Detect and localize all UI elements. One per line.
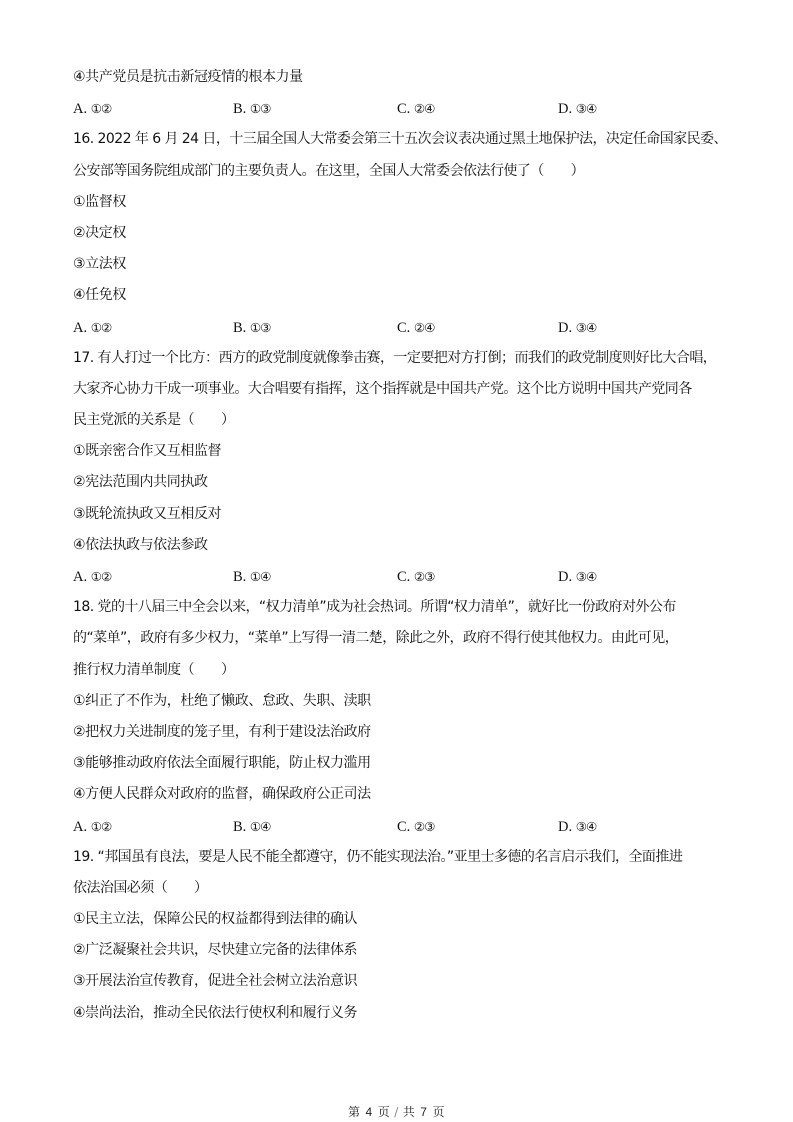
option-value: ①② [91, 569, 111, 584]
statement-4: ④任免权 [73, 280, 733, 311]
question-stem: 16. 2022 年 6 月 24 日，十三届全国人大常委会第三十五次会议表决通… [73, 124, 733, 186]
stem-line: 依法治国必须（ ） [73, 873, 733, 904]
statement-3: ③立法权 [73, 249, 733, 280]
option-value: ①④ [250, 569, 270, 584]
option-d: D. ③④ [558, 312, 596, 344]
option-b: B. ①④ [233, 811, 270, 843]
answer-options: A. ①② B. ①③ C. ②④ D. ③④ [73, 93, 733, 124]
option-b: B. ①③ [233, 93, 270, 125]
option-value: ①③ [250, 101, 270, 116]
option-d: D. ③④ [558, 93, 596, 125]
page-footer: 第4页/共7页 [0, 1103, 793, 1120]
footer-separator: / [394, 1105, 399, 1119]
option-letter: A. [73, 101, 91, 117]
statement-2: ②决定权 [73, 218, 733, 249]
option-value: ③④ [576, 569, 596, 584]
statement-3: ③既轮流执政又互相反对 [73, 499, 733, 530]
option-c: C. ②③ [397, 561, 434, 593]
option-value: ②③ [414, 569, 434, 584]
footer-total-suffix: 页 [432, 1105, 445, 1119]
option-letter: D. [558, 569, 576, 585]
question-stem: 19. “邦国虽有良法，要是人民不能全都遵守，仍不能实现法治。”亚里士多德的名言… [73, 842, 733, 904]
option-a: A. ①② [73, 312, 111, 344]
option-value: ③④ [576, 819, 596, 834]
option-c: C. ②④ [397, 312, 434, 344]
stem-line: 大家齐心协力干成一项事业。大合唱要有指挥，这个指挥就是中国共产党。这个比方说明中… [73, 374, 733, 405]
stem-line: 民主党派的关系是（ ） [73, 405, 733, 436]
option-letter: B. [233, 101, 250, 117]
option-letter: B. [233, 819, 250, 835]
option-d: D. ③④ [558, 811, 596, 843]
option-value: ①② [91, 819, 111, 834]
option-b: B. ①④ [233, 561, 270, 593]
option-value: ①③ [250, 320, 270, 335]
option-c: C. ②③ [397, 811, 434, 843]
option-value: ②④ [414, 101, 434, 116]
option-a: A. ①② [73, 811, 111, 843]
answer-options: A. ①② B. ①③ C. ②④ D. ③④ [73, 312, 733, 343]
stem-line: 16. 2022 年 6 月 24 日，十三届全国人大常委会第三十五次会议表决通… [73, 124, 733, 155]
option-letter: A. [73, 320, 91, 336]
option-value: ①② [91, 101, 111, 116]
option-letter: D. [558, 101, 576, 117]
option-value: ③④ [576, 101, 596, 116]
option-letter: D. [558, 819, 576, 835]
option-letter: C. [397, 101, 414, 117]
footer-prefix: 第 [348, 1105, 361, 1119]
statement-2: ②宪法范围内共同执政 [73, 467, 733, 498]
option-a: A. ①② [73, 93, 111, 125]
statement-2: ②把权力关进制度的笼子里，有利于建设法治政府 [73, 717, 733, 748]
question-16: 16. 2022 年 6 月 24 日，十三届全国人大常委会第三十五次会议表决通… [73, 124, 733, 342]
statement-1: ①民主立法，保障公民的权益都得到法律的确认 [73, 904, 733, 935]
question-17: 17. 有人打过一个比方：西方的政党制度就像拳击赛，一定要把对方打倒；而我们的政… [73, 343, 733, 593]
option-letter: C. [397, 320, 414, 336]
statement-line: ④共产党员是抗击新冠疫情的根本力量 [73, 62, 733, 93]
statement-4: ④方便人民群众对政府的监督，确保政府公正司法 [73, 779, 733, 810]
question-stem: 17. 有人打过一个比方：西方的政党制度就像拳击赛，一定要把对方打倒；而我们的政… [73, 343, 733, 437]
stem-line: 的“菜单”，政府有多少权力，“菜单”上写得一清二楚，除此之外，政府不得行使其他权… [73, 623, 733, 654]
option-value: ①④ [250, 819, 270, 834]
option-letter: B. [233, 569, 250, 585]
stem-line: 公安部等国务院组成部门的主要负责人。在这里，全国人大常委会依法行使了（ ） [73, 156, 733, 187]
question-stem: 18. 党的十八届三中全会以来，“权力清单”成为社会热词。所谓“权力清单”，就好… [73, 592, 733, 686]
statement-3: ③能够推动政府依法全面履行职能，防止权力滥用 [73, 748, 733, 779]
statement-2: ②广泛凝聚社会共识，尽快建立完备的法律体系 [73, 935, 733, 966]
option-value: ②③ [414, 819, 434, 834]
question-18: 18. 党的十八届三中全会以来，“权力清单”成为社会热词。所谓“权力清单”，就好… [73, 592, 733, 842]
option-c: C. ②④ [397, 93, 434, 125]
footer-total-prefix: 共 [403, 1105, 416, 1119]
option-b: B. ①③ [233, 312, 270, 344]
option-value: ①② [91, 320, 111, 335]
option-letter: A. [73, 569, 91, 585]
option-letter: C. [397, 569, 414, 585]
answer-options: A. ①② B. ①④ C. ②③ D. ③④ [73, 811, 733, 842]
option-d: D. ③④ [558, 561, 596, 593]
option-value: ③④ [576, 320, 596, 335]
option-a: A. ①② [73, 561, 111, 593]
stem-line: 推行权力清单制度（ ） [73, 655, 733, 686]
statement-4: ④依法执政与依法参政 [73, 530, 733, 561]
statement-1: ①既亲密合作又互相监督 [73, 436, 733, 467]
stem-line: 19. “邦国虽有良法，要是人民不能全都遵守，仍不能实现法治。”亚里士多德的名言… [73, 842, 733, 873]
option-letter: C. [397, 819, 414, 835]
answer-options: A. ①② B. ①④ C. ②③ D. ③④ [73, 561, 733, 592]
statement-1: ①纠正了不作为，杜绝了懒政、怠政、失职、渎职 [73, 686, 733, 717]
exam-page: ④共产党员是抗击新冠疫情的根本力量 A. ①② B. ①③ C. ②④ D. ③… [0, 0, 793, 1122]
option-value: ②④ [414, 320, 434, 335]
stem-line: 18. 党的十八届三中全会以来，“权力清单”成为社会热词。所谓“权力清单”，就好… [73, 592, 733, 623]
statement-1: ①监督权 [73, 187, 733, 218]
option-letter: A. [73, 819, 91, 835]
option-letter: B. [233, 320, 250, 336]
current-page-number: 4 [366, 1105, 373, 1119]
statement-4: ④崇尚法治，推动全民依法行使权利和履行义务 [73, 998, 733, 1029]
footer-page-word: 页 [378, 1105, 391, 1119]
option-letter: D. [558, 320, 576, 336]
question-19: 19. “邦国虽有良法，要是人民不能全都遵守，仍不能实现法治。”亚里士多德的名言… [73, 842, 733, 1029]
page-content: ④共产党员是抗击新冠疫情的根本力量 A. ①② B. ①③ C. ②④ D. ③… [73, 62, 733, 1029]
total-pages-number: 7 [420, 1105, 427, 1119]
stem-line: 17. 有人打过一个比方：西方的政党制度就像拳击赛，一定要把对方打倒；而我们的政… [73, 343, 733, 374]
statement-3: ③开展法治宣传教育，促进全社会树立法治意识 [73, 966, 733, 997]
